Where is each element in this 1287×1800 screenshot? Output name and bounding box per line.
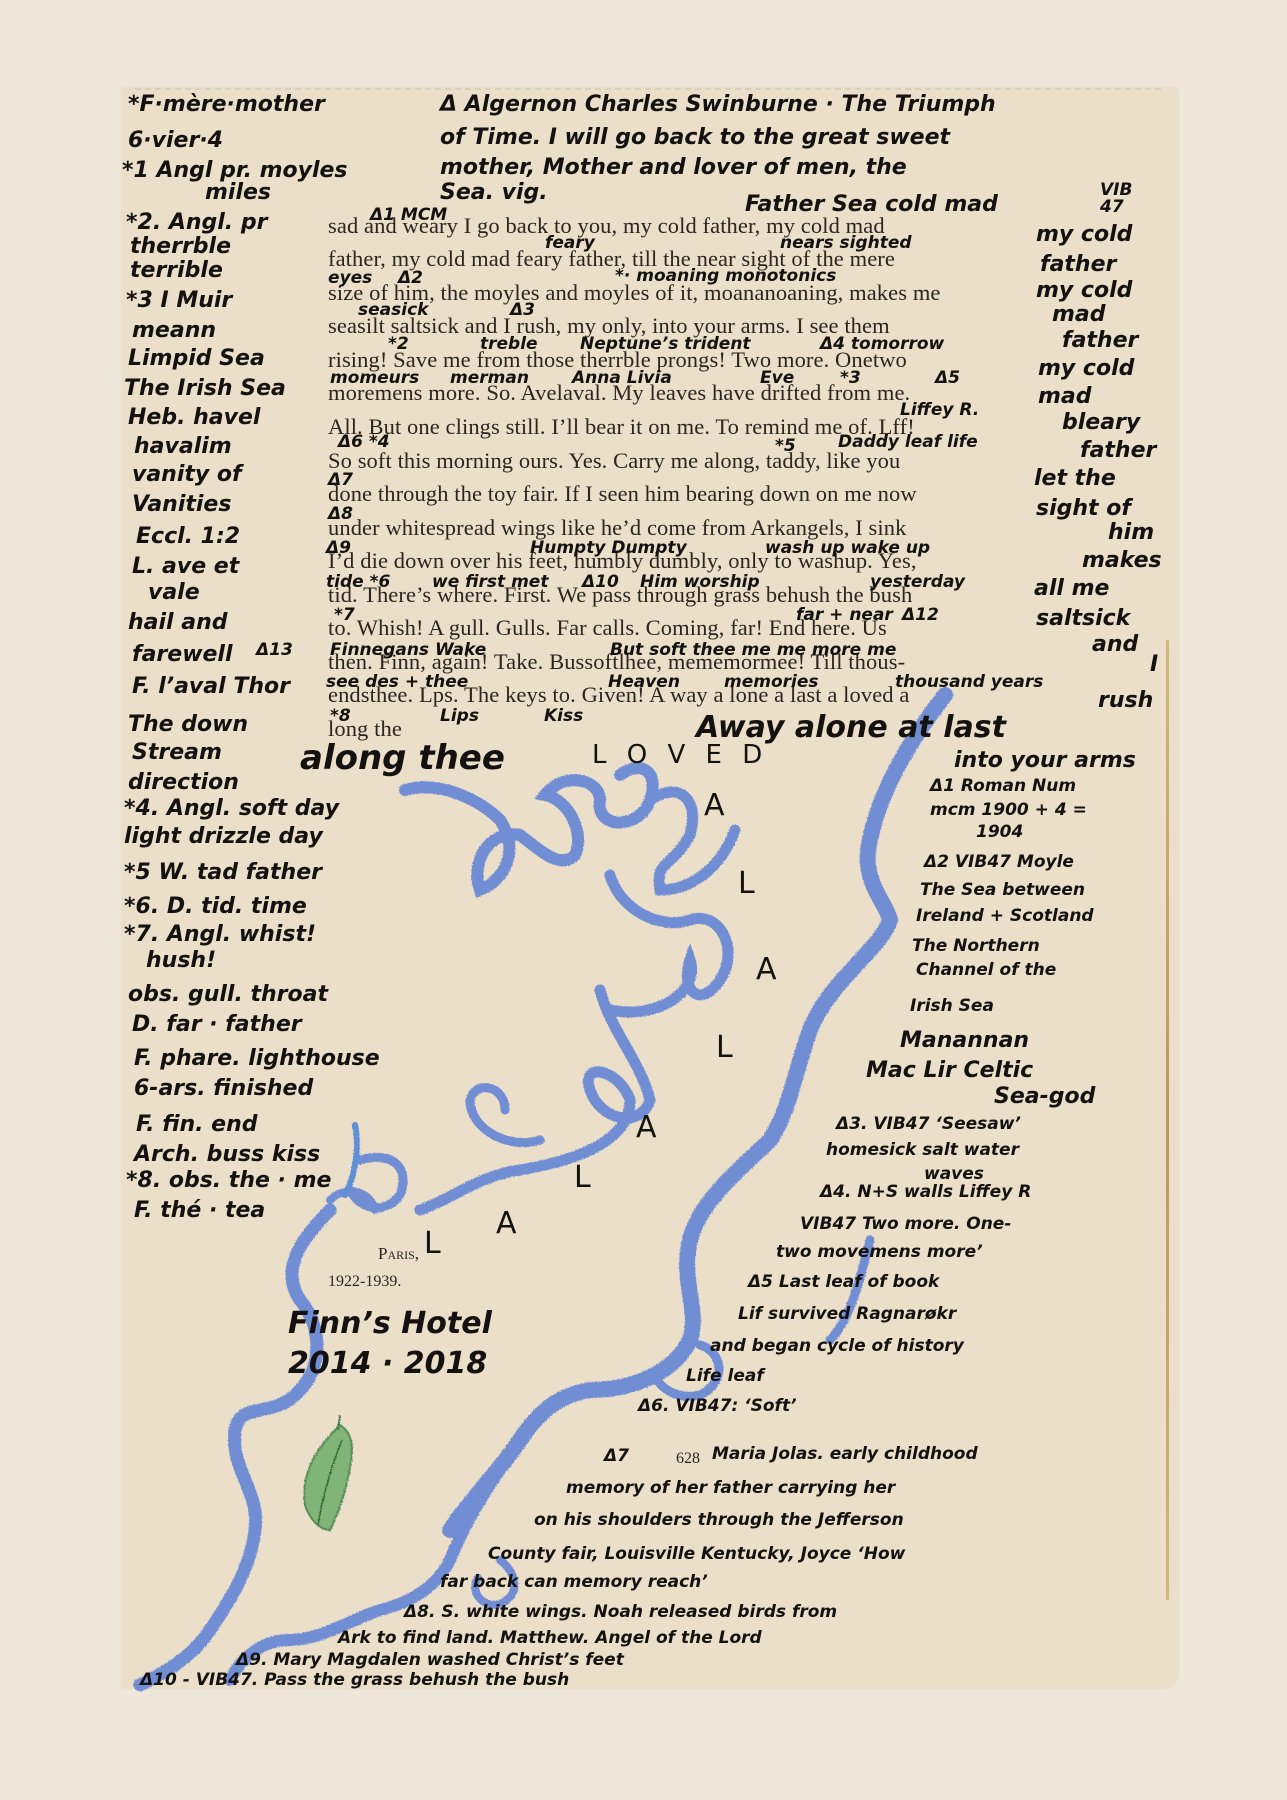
annotation: VIB 47	[1100, 182, 1150, 216]
letter-a: A	[704, 788, 725, 823]
interlinear-note: we first met	[432, 572, 548, 592]
interlinear-note: merman	[450, 368, 529, 388]
margin-note: F. phare. lighthouse	[134, 1046, 380, 1071]
interlinear-note: Him worship	[640, 572, 760, 592]
interlinear-note: yesterday	[870, 572, 965, 592]
colophon-years: 1922-1939.	[328, 1273, 401, 1291]
margin-note: him	[1108, 520, 1154, 545]
interlinear-note: Δ10	[582, 572, 619, 592]
interlinear-note: *3	[840, 368, 861, 388]
interlinear-note: memories	[724, 672, 819, 692]
annotation: Δ8. S. white wings. Noah released birds …	[404, 1602, 837, 1622]
margin-note: vanity of	[132, 462, 242, 487]
leaf-icon	[304, 1415, 352, 1530]
letter-a: A	[636, 1110, 657, 1145]
annotation: Sea-god	[994, 1084, 1095, 1109]
margin-note: father	[1062, 328, 1138, 353]
margin-note: light drizzle day	[124, 824, 323, 849]
annotation: Father Sea cold mad	[745, 192, 998, 217]
interlinear-note: Δ9	[326, 538, 351, 558]
margin-note: havalim	[134, 434, 232, 459]
annotation: mcm 1900 + 4 =	[930, 800, 1087, 820]
interlinear-note: *8	[330, 706, 351, 726]
interlinear-note: *5	[775, 436, 796, 456]
margin-note: hail and	[128, 610, 228, 635]
annotation: waves	[924, 1164, 984, 1184]
annotation: Sea. vig.	[440, 180, 548, 205]
annotation: Δ Algernon Charles Swinburne · The Trium…	[440, 92, 996, 117]
annotation: Δ6. VIB47: ‘Soft’	[638, 1396, 797, 1416]
margin-note: makes	[1082, 548, 1162, 573]
margin-note: Arch. buss kiss	[134, 1142, 320, 1167]
margin-note: hush!	[146, 948, 216, 973]
interlinear-note: Δ6 *4	[338, 432, 390, 452]
annotation: Manannan	[900, 1028, 1029, 1053]
letter-a: A	[756, 952, 777, 987]
margin-note: L. ave et	[132, 554, 239, 579]
interlinear-note: nears sighted	[780, 233, 912, 253]
margin-note: Heb. havel	[128, 405, 260, 430]
interlinear-note: Δ12	[902, 605, 939, 625]
margin-note: father	[1080, 438, 1156, 463]
margin-note: saltsick	[1036, 606, 1130, 631]
annotation: Δ3. VIB47 ‘Seesaw’	[836, 1114, 1021, 1134]
annotation: Δ1 Roman Num	[930, 776, 1076, 796]
annotation: 1904	[976, 822, 1023, 842]
margin-note: sight of	[1036, 496, 1131, 521]
interlinear-note: Δ13	[256, 640, 293, 660]
margin-note: I	[1150, 652, 1158, 677]
annotation: two movemens more’	[776, 1242, 983, 1262]
margin-note: F. l’aval Thor	[132, 674, 290, 699]
interlinear-note: *· moaning monotonics	[615, 266, 836, 286]
annotation: and began cycle of history	[710, 1336, 964, 1356]
margin-note: therrble	[130, 234, 231, 259]
margin-note: D. far · father	[132, 1012, 302, 1037]
annotation: County fair, Louisville Kentucky, Joyce …	[488, 1544, 905, 1564]
margin-note: my cold	[1038, 356, 1134, 381]
interlinear-note: far + near	[796, 605, 893, 625]
margin-note: *7. Angl. whist!	[124, 922, 316, 947]
interlinear-note: treble	[480, 334, 538, 354]
interlinear-note: Kiss	[544, 706, 583, 726]
margin-note: mad	[1052, 302, 1106, 327]
annotation: homesick salt water	[826, 1140, 1019, 1160]
margin-note: farewell	[132, 642, 233, 667]
interlinear-note: Δ1 MCM	[370, 205, 447, 225]
interlinear-note: Anna Livia	[572, 368, 672, 388]
annotation: Δ2 VIB47 Moyle	[924, 852, 1074, 872]
margin-note: F. fin. end	[136, 1112, 258, 1137]
annotation: on his shoulders through the Jefferson	[534, 1510, 904, 1530]
interlinear-note: Neptune’s trident	[580, 334, 751, 354]
margin-note: The down	[128, 712, 248, 737]
annotation: Away alone at last	[696, 710, 1006, 745]
annotation: The Sea between	[920, 880, 1085, 900]
interlinear-note: Δ2	[398, 268, 423, 288]
printed-line: done through the toy fair. If I seen him…	[328, 481, 917, 507]
interlinear-note: feary	[545, 233, 595, 253]
letter-l: L	[424, 1226, 441, 1261]
interlinear-note: Daddy leaf life	[838, 432, 978, 452]
interlinear-note: *2	[388, 334, 409, 354]
margin-note: F. thé · tea	[134, 1198, 265, 1223]
interlinear-note: Heaven	[608, 672, 680, 692]
interlinear-note: seasick	[358, 300, 428, 320]
margin-note: Eccl. 1:2	[136, 524, 240, 549]
printed-line: So soft this morning ours. Yes. Carry me…	[328, 448, 900, 474]
interlinear-note: eyes	[328, 268, 372, 288]
interlinear-note: Eve	[760, 368, 794, 388]
annotation: Δ4. N+S walls Liffey R	[820, 1182, 1031, 1202]
annotation: Δ10 - VIB47. Pass the grass behush the b…	[140, 1670, 569, 1690]
artwork-years: 2014 · 2018	[288, 1346, 487, 1381]
annotation: Lif survived Ragnarøkr	[738, 1304, 956, 1324]
interlinear-note: Humpty Dumpty	[530, 538, 687, 558]
annotation: memory of her father carrying her	[566, 1478, 895, 1498]
interlinear-note: Δ8	[328, 504, 353, 524]
interlinear-note: Δ4 tomorrow	[820, 334, 944, 354]
margin-note: meann	[132, 318, 216, 343]
margin-note: *5 W. tad father	[124, 860, 322, 885]
letter-a: A	[496, 1206, 517, 1241]
annotation: VIB47 Two more. One-	[800, 1214, 1011, 1234]
margin-note: my cold	[1036, 278, 1132, 303]
interlinear-note: *7	[334, 605, 355, 625]
colophon-city: Paris,	[378, 1244, 419, 1264]
margin-note: my cold	[1036, 222, 1132, 247]
margin-note: direction	[128, 770, 239, 795]
annotation: Irish Sea	[910, 996, 994, 1016]
annotation: Ireland + Scotland	[916, 906, 1094, 926]
annotation: The Northern	[912, 936, 1040, 956]
annotation: 6·vier·4	[128, 128, 223, 153]
interlinear-note: Finnegans Wake	[330, 640, 486, 660]
interlinear-note: wash up wake up	[765, 538, 930, 558]
margin-note: *8. obs. the · me	[126, 1168, 331, 1193]
margin-note: Stream	[132, 740, 222, 765]
interlinear-note: tide *6	[326, 572, 390, 592]
interlinear-note: But soft thee me me more me	[610, 640, 896, 660]
margin-note: let the	[1034, 466, 1116, 491]
margin-note: mad	[1038, 384, 1092, 409]
annotation: mother, Mother and lover of men, the	[440, 155, 907, 180]
page-number: 628	[676, 1450, 700, 1468]
margin-note: father	[1040, 252, 1116, 277]
margin-note: vale	[148, 580, 200, 605]
margin-note: The Irish Sea	[124, 376, 286, 401]
annotation: *F·mère·mother	[128, 92, 325, 117]
margin-note: and	[1092, 632, 1138, 657]
margin-note: Limpid Sea	[128, 346, 265, 371]
letter-l: L	[574, 1160, 591, 1195]
interlinear-note: momeurs	[330, 368, 419, 388]
annotation: Δ5 Last leaf of book	[748, 1272, 939, 1292]
margin-note: *4. Angl. soft day	[124, 796, 339, 821]
margin-note: *6. D. tid. time	[124, 894, 307, 919]
interlinear-note: thousand years	[895, 672, 1043, 692]
annotation: Δ9. Mary Magdalen washed Christ’s feet	[236, 1650, 624, 1670]
annotation: Δ7	[604, 1446, 629, 1466]
margin-note: terrible	[130, 258, 223, 283]
interlinear-note: Liffey R.	[900, 400, 979, 420]
margin-note: Vanities	[132, 492, 231, 517]
annotation: into your arms	[954, 748, 1136, 773]
annotation: Maria Jolas. early childhood	[712, 1444, 978, 1464]
letter-l: L	[716, 1030, 733, 1065]
interlinear-note: Lips	[440, 706, 479, 726]
annotation: Mac Lir Celtic	[866, 1058, 1033, 1083]
margin-note: 6-ars. finished	[134, 1076, 313, 1101]
annotation: Channel of the	[916, 960, 1056, 980]
margin-note: bleary	[1062, 410, 1140, 435]
margin-note: all me	[1034, 576, 1109, 601]
annotation: Life leaf	[686, 1366, 764, 1386]
interlinear-note: Δ3	[510, 300, 535, 320]
annotation: far back can memory reach’	[440, 1572, 708, 1592]
margin-note: obs. gull. throat	[128, 982, 328, 1007]
interlinear-note: see des + thee	[326, 672, 468, 692]
annotation: miles	[205, 180, 271, 205]
interlinear-note: Δ7	[328, 470, 353, 490]
letter-l: L	[738, 866, 755, 901]
margin-note: *2. Angl. pr	[126, 210, 267, 235]
annotation: of Time. I will go back to the great swe…	[440, 125, 950, 150]
interlinear-note: Δ5	[935, 368, 960, 388]
annotation: Ark to find land. Matthew. Angel of the …	[338, 1628, 762, 1648]
along-thee-text: along thee	[300, 738, 505, 778]
printed-line: All. But one clings still. I’ll bear it …	[328, 414, 915, 440]
artwork-title: Finn’s Hotel	[288, 1306, 492, 1341]
margin-note: rush	[1098, 688, 1153, 713]
margin-note: *3 I Muir	[126, 288, 232, 313]
